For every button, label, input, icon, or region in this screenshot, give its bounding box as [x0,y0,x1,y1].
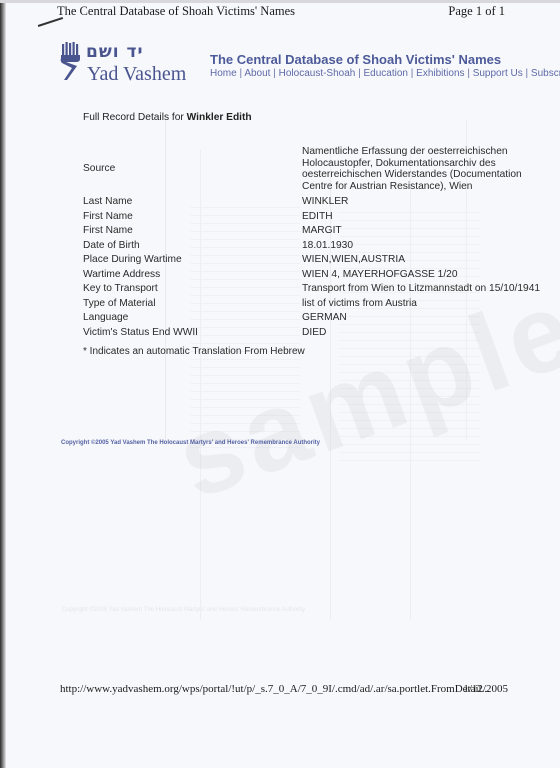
nav-home[interactable]: Home [210,68,237,79]
print-footer-url: http://www.yadvashem.org/wps/portal/!ut/… [60,683,490,695]
field-value: MARGIT [302,224,543,239]
record-row-wartime-address: Wartime Address WIEN 4, MAYERHOFGASSE 1/… [83,268,543,283]
record-row-key-to-transport: Key to Transport Transport from Wien to … [83,282,543,297]
field-label: Victim's Status End WWII [83,326,302,341]
field-value: list of victims from Austria [302,297,543,312]
nav-support-us[interactable]: Support Us [473,68,523,79]
ghost-copyright-bleedthrough: Copyright ©2005 Yad Vashem The Holocaust… [62,607,305,613]
field-value: GERMAN [302,311,543,326]
field-value: WIEN,WIEN,AUSTRIA [302,253,543,268]
field-label: Date of Birth [83,239,302,254]
nav-subscribe[interactable]: Subscrib [531,68,560,79]
record-row-date-of-birth: Date of Birth 18.01.1930 [83,239,543,254]
nav-about[interactable]: About [244,68,270,79]
translation-note: * Indicates an automatic Translation Fro… [83,346,305,357]
nav-holocaust-shoah[interactable]: Holocaust-Shoah [279,68,356,79]
field-label: Source [83,146,302,192]
yad-vashem-logo[interactable]: יד ושם Yad Vashem [60,42,190,84]
record-heading-prefix: Full Record Details for [83,112,184,123]
field-label: Type of Material [83,297,302,312]
field-value[interactable]: Transport from Wien to Litzmannstadt on … [302,282,543,297]
print-header-title: The Central Database of Shoah Victims' N… [57,4,295,19]
field-value: EDITH [302,210,543,225]
field-label: Key to Transport [83,282,302,297]
record-details-table: Source Namentliche Erfassung der oesterr… [83,146,543,340]
record-row-victim-status: Victim's Status End WWII DIED [83,326,543,341]
menorah-hand-icon [60,42,82,82]
copyright-notice: Copyright ©2005 Yad Vashem The Holocaust… [61,440,320,446]
field-label: First Name [83,210,302,225]
field-label: First Name [83,224,302,239]
print-footer-date: 1/12/2005 [463,683,508,695]
field-label: Wartime Address [83,268,302,283]
nav-separator: | [411,68,414,79]
pen-mark [38,17,63,26]
site-nav: Home | About | Holocaust-Shoah | Educati… [210,68,560,79]
nav-separator: | [358,68,361,79]
field-value: 18.01.1930 [302,239,543,254]
nav-separator: | [273,68,276,79]
record-heading-name: Winkler Edith [187,112,252,123]
logo-latin-text: Yad Vashem [87,63,186,86]
field-value: DIED [302,326,543,341]
record-row-first-name-2: First Name MARGIT [83,224,543,239]
nav-separator: | [526,68,529,79]
record-row-first-name: First Name EDITH [83,210,543,225]
record-row-language: Language GERMAN [83,311,543,326]
record-row-last-name: Last Name WINKLER [83,195,543,210]
record-row-source: Source Namentliche Erfassung der oesterr… [83,146,543,192]
field-label: Last Name [83,195,302,210]
scan-top-edge [0,0,560,3]
nav-education[interactable]: Education [364,68,408,79]
field-label: Place During Wartime [83,253,302,268]
field-value: WIEN 4, MAYERHOFGASSE 1/20 [302,268,543,283]
print-header-page-number: Page 1 of 1 [448,4,505,19]
record-row-place-during-wartime: Place During Wartime WIEN,WIEN,AUSTRIA [83,253,543,268]
record-row-type-of-material: Type of Material list of victims from Au… [83,297,543,312]
nav-exhibitions[interactable]: Exhibitions [416,68,464,79]
nav-separator: | [467,68,470,79]
field-label: Language [83,311,302,326]
logo-hebrew-text: יד ושם [86,42,143,62]
field-value: WINKLER [302,195,543,210]
record-heading: Full Record Details for Winkler Edith [83,112,252,123]
scan-left-edge [0,0,6,768]
nav-separator: | [239,68,242,79]
site-title: The Central Database of Shoah Victims' N… [210,52,501,67]
field-value: Namentliche Erfassung der oesterreichisc… [302,146,543,192]
